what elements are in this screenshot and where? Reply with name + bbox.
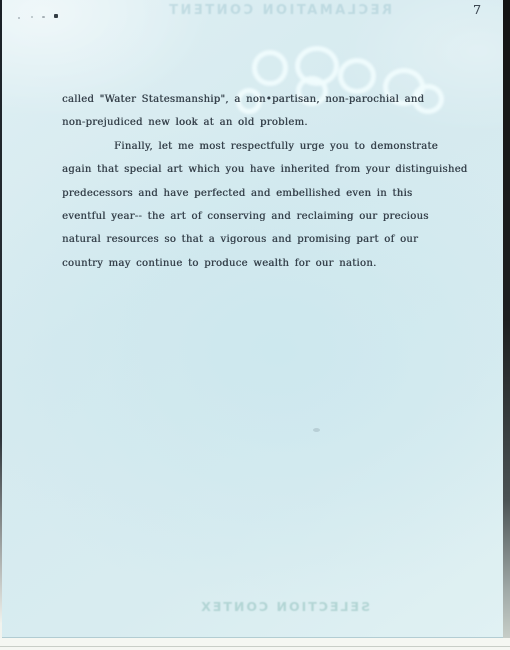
stray-mark (18, 17, 20, 19)
stray-mark (42, 16, 45, 18)
typed-line: Finally, let me most respectfully urge y… (62, 135, 468, 158)
scan-edge-right (503, 0, 510, 640)
typed-line: natural resources so that a vigorous and… (62, 228, 468, 251)
stray-mark (54, 14, 58, 18)
stray-mark (31, 16, 33, 18)
typed-line: eventful year-- the art of conserving an… (62, 205, 468, 228)
stray-mark (313, 428, 320, 432)
page-number: 7 (473, 3, 481, 17)
scan-bottom-line (0, 646, 510, 647)
typed-line: predecessors and have perfected and embe… (62, 182, 468, 205)
typed-line: again that special art which you have in… (62, 158, 468, 181)
paper-bottom-edge (2, 637, 503, 638)
typed-line: called "Water Statesmanship", a non•part… (62, 88, 468, 111)
scan-bottom-strip (0, 638, 510, 650)
typescript-body: called "Water Statesmanship", a non•part… (62, 88, 468, 275)
scanned-document-page: { "document": { "page_number": "7", "bod… (0, 0, 510, 650)
typed-line: country may continue to produce wealth f… (62, 252, 468, 275)
typed-line: non-prejudiced new look at an old proble… (62, 111, 468, 134)
